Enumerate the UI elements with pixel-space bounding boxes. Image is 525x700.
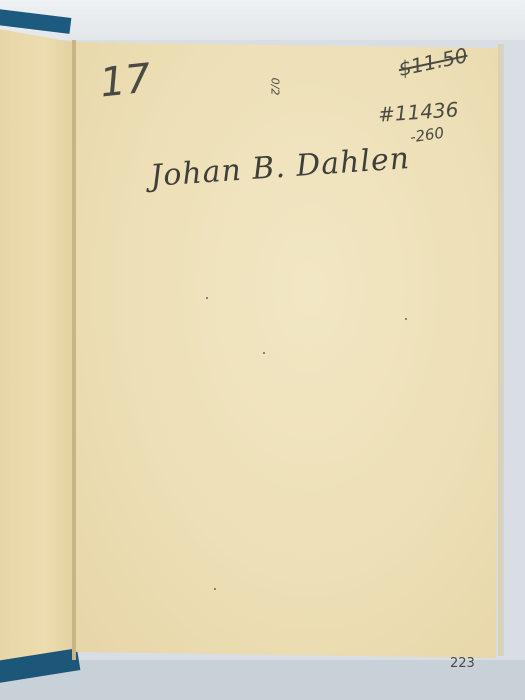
page-edge	[498, 44, 504, 656]
book-gutter	[72, 40, 76, 660]
bottom-right-number: 223	[450, 656, 475, 671]
paper-speck	[405, 318, 407, 320]
paper-speck	[263, 352, 265, 354]
paper-speck	[214, 588, 216, 590]
background-surface-top	[0, 0, 525, 40]
top-left-mark: 17	[98, 55, 153, 106]
front-pastedown	[0, 16, 74, 676]
paper-speck	[206, 297, 208, 299]
small-fraction-mark: 0/2	[268, 78, 281, 96]
